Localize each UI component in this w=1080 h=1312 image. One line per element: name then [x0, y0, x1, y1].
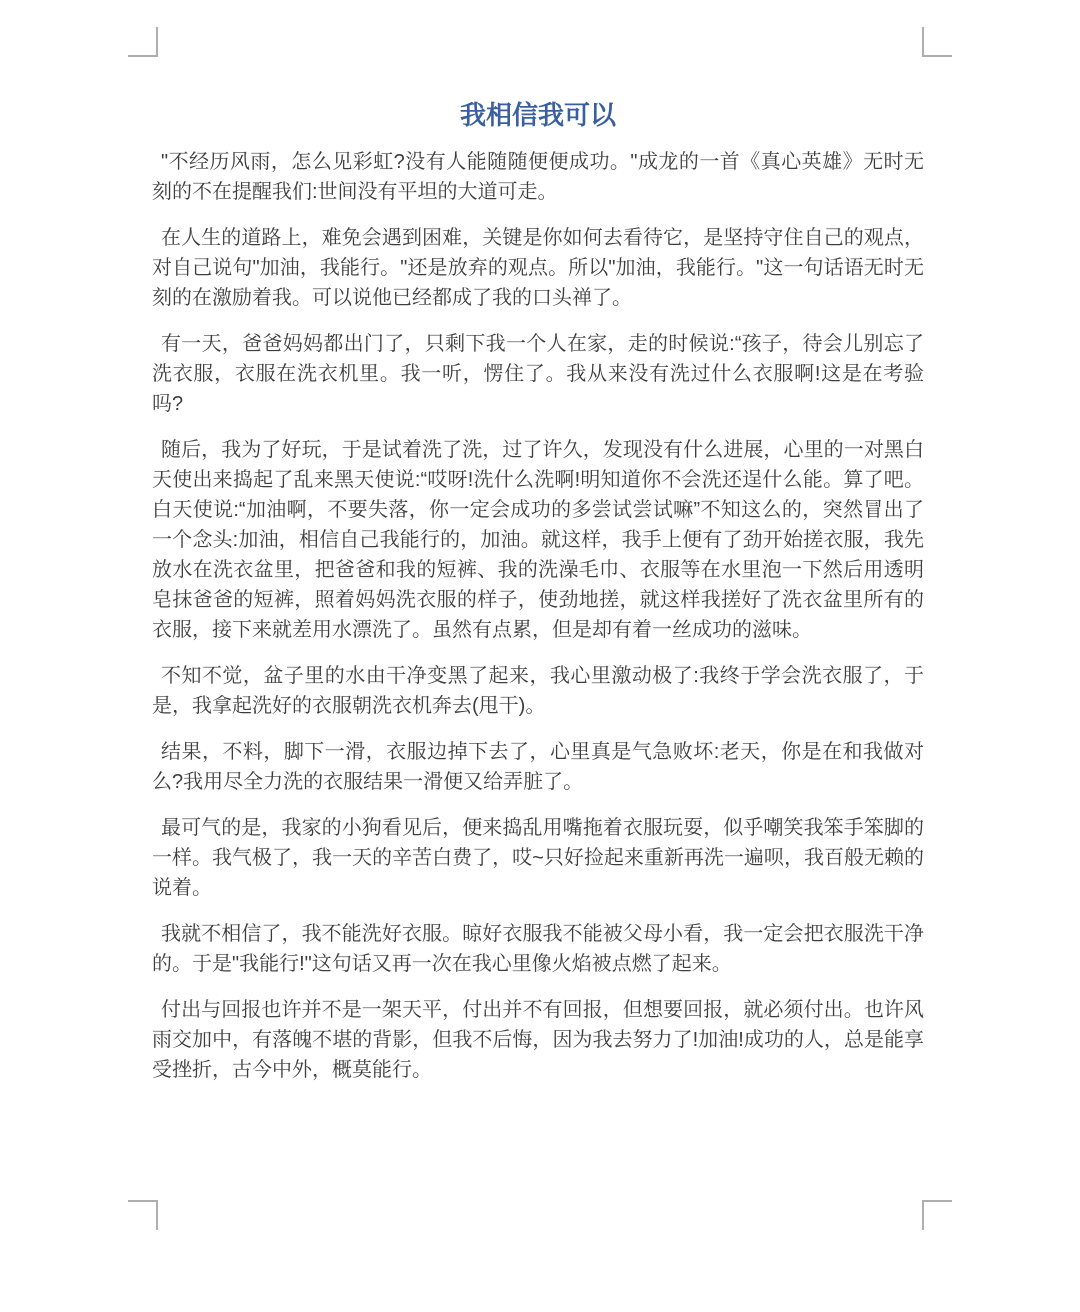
paragraph-2: 在人生的道路上，难免会遇到困难，关键是你如何去看待它，是坚持守住自己的观点，对自… — [152, 223, 924, 313]
paragraph-6: 结果，不料，脚下一滑，衣服边掉下去了，心里真是气急败坏:老天，你是在和我做对么?… — [152, 737, 924, 797]
paragraph-7: 最可气的是，我家的小狗看见后，便来捣乱用嘴拖着衣服玩耍，似乎嘲笑我笨手笨脚的一样… — [152, 813, 924, 903]
crop-mark-bottom-right — [922, 1200, 952, 1230]
paragraph-1: "不经历风雨，怎么见彩虹?没有人能随随便便成功。"成龙的一首《真心英雄》无时无刻… — [152, 147, 924, 207]
document-page: 我相信我可以 "不经历风雨，怎么见彩虹?没有人能随随便便成功。"成龙的一首《真心… — [0, 0, 1080, 1312]
paragraph-9: 付出与回报也许并不是一架天平，付出并不有回报，但想要回报，就必须付出。也许风雨交… — [152, 995, 924, 1085]
paragraph-3: 有一天，爸爸妈妈都出门了，只剩下我一个人在家，走的时候说:“孩子，待会儿别忘了洗… — [152, 329, 924, 419]
paragraph-5: 不知不觉，盆子里的水由干净变黑了起来，我心里激动极了:我终于学会洗衣服了，于是，… — [152, 661, 924, 721]
paragraph-8: 我就不相信了，我不能洗好衣服。晾好衣服我不能被父母小看，我一定会把衣服洗干净的。… — [152, 919, 924, 979]
document-title: 我相信我可以 — [152, 100, 924, 130]
crop-mark-bottom-left — [128, 1200, 158, 1230]
paragraph-4: 随后，我为了好玩，于是试着洗了洗，过了许久，发现没有什么进展，心里的一对黑白天使… — [152, 435, 924, 645]
crop-mark-top-left — [128, 27, 158, 57]
crop-mark-top-right — [922, 27, 952, 57]
document-body: 我相信我可以 "不经历风雨，怎么见彩虹?没有人能随随便便成功。"成龙的一首《真心… — [152, 100, 924, 1101]
